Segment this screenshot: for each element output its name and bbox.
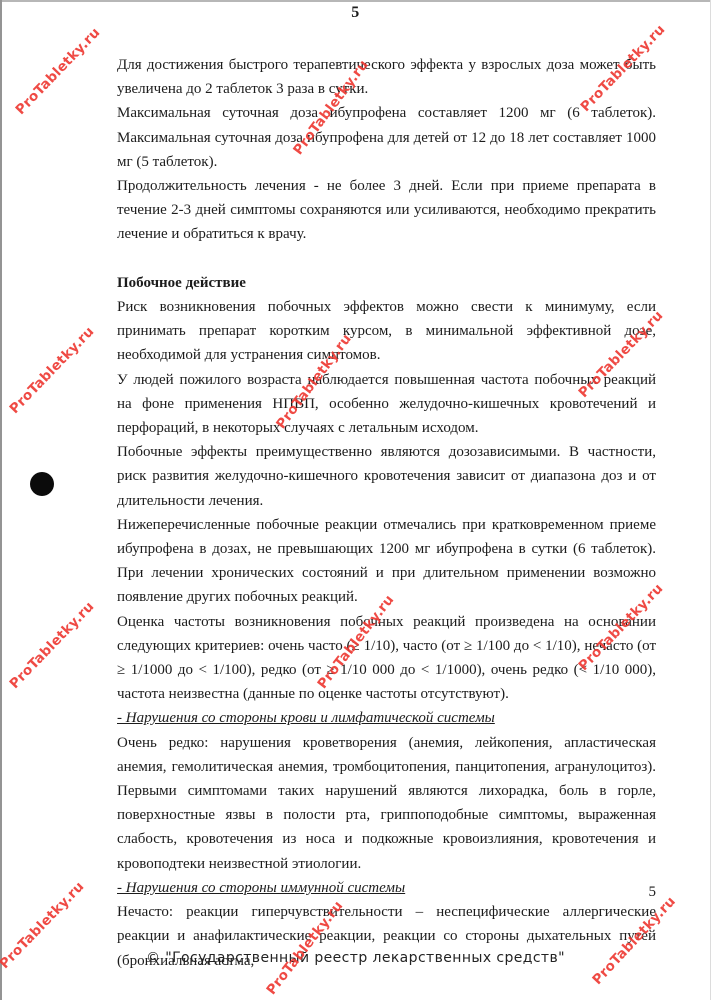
scan-edge-left	[0, 0, 2, 1000]
paragraph-dose-dependent: Побочные эффекты преимущественно являютс…	[117, 440, 656, 513]
scanned-document-page: 5 Для достижения быстрого терапевтическо…	[0, 0, 711, 1000]
scan-edge-top	[0, 0, 711, 2]
section-heading-side-effects: Побочное действие	[117, 271, 656, 295]
subheading-blood-lymphatic: - Нарушения со стороны крови и лимфатиче…	[117, 706, 656, 730]
paragraph-treatment-duration: Продолжительность лечения - не более 3 д…	[117, 174, 656, 247]
page-number-bottom: 5	[117, 884, 656, 901]
protabletky-watermark: ProTabletky.ru	[6, 324, 97, 417]
paragraph-blood-disorders: Очень редко: нарушения кроветворения (ан…	[117, 731, 656, 876]
document-body: Для достижения быстрого терапевтического…	[117, 53, 656, 973]
protabletky-watermark: ProTabletky.ru	[6, 599, 97, 692]
paragraph-max-daily-dose: Максимальная суточная доза ибупрофена со…	[117, 101, 656, 174]
protabletky-watermark: ProTabletky.ru	[12, 25, 103, 118]
paragraph-frequency-criteria: Оценка частоты возникновения побочных ре…	[117, 610, 656, 707]
punch-hole-mark	[30, 472, 54, 496]
paragraph-dosage-adults: Для достижения быстрого терапевтического…	[117, 53, 656, 101]
paragraph-risk-minimum: Риск возникновения побочных эффектов мож…	[117, 295, 656, 368]
paragraph-elderly: У людей пожилого возраста наблюдается по…	[117, 368, 656, 441]
page-number-top: 5	[0, 4, 711, 22]
